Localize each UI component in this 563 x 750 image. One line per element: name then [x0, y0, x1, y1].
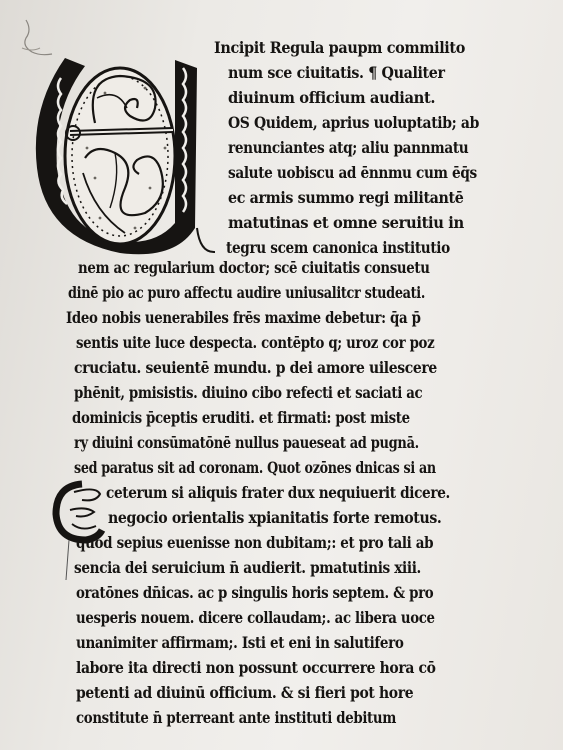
manuscript-line: cruciatu. seuientē mundu. p dei amore ui…: [74, 358, 437, 378]
manuscript-line: salute uobiscu ad ēnnmu cum ēq̄s: [228, 163, 477, 183]
manuscript-line: ry diuini consūmatōnē nullus paueseat ad…: [74, 433, 419, 453]
manuscript-line: sentis uite luce despecta. contēpto q; u…: [76, 333, 434, 353]
manuscript-line: uesperis nouem. dicere collaudam;. ac li…: [76, 608, 435, 628]
manuscript-line: phēnit, pmisistis. diuino cibo refecti e…: [74, 383, 422, 403]
manuscript-page: Incipit Regula paupm commilito num sce c…: [0, 0, 563, 750]
manuscript-line: diuinum officium audiant.: [228, 88, 435, 108]
manuscript-line: quod sepius euenisse non dubitam;: et pr…: [76, 533, 433, 553]
manuscript-line: sed paratus sit ad coronam. Quot ozōnes …: [74, 458, 436, 478]
manuscript-line: ec armis summo regi militantē: [228, 188, 463, 208]
manuscript-line: Ideo nobis uenerabiles frēs maxime debet…: [66, 308, 421, 328]
manuscript-line: unanimiter affirmam;. Isti et eni in sal…: [76, 633, 403, 653]
decorated-initial-v-icon: [25, 38, 215, 260]
manuscript-line: tegru scem canonica institutio: [226, 238, 450, 258]
manuscript-line: dinē pio ac puro affectu audire uniusali…: [68, 283, 425, 303]
manuscript-line: nem ac regularium doctor; scē ciuitatis …: [78, 258, 430, 278]
manuscript-line: labore ita directi non possunt occurrere…: [76, 658, 436, 678]
manuscript-line: OS Quidem, aprius uoluptatib; ab: [228, 113, 479, 133]
manuscript-line: dominicis p̄ceptis eruditi. et firmati: …: [72, 408, 410, 428]
manuscript-line: num sce ciuitatis. ¶ Qualiter: [228, 63, 445, 83]
manuscript-line: matutinas et omne seruitiu in: [228, 213, 464, 233]
manuscript-line: renunciantes atq; aliu pannmatu: [228, 138, 468, 158]
manuscript-line: Incipit Regula paupm commilito: [214, 38, 465, 58]
manuscript-line: sencia dei seruicium n̄ audierit. pmatut…: [74, 558, 421, 578]
manuscript-line: negocio orientalis xpianitatis forte rem…: [108, 508, 441, 528]
margin-mark-icon: [65, 540, 71, 580]
manuscript-line: ceterum si aliquis frater dux nequiuerit…: [106, 483, 450, 503]
manuscript-line: constitute n̄ pterreant ante instituti d…: [76, 708, 396, 728]
manuscript-line: oratōnes dn̄icas. ac p singulis horis se…: [76, 583, 433, 603]
manuscript-line: petenti ad diuinū officium. & si fieri p…: [76, 683, 413, 703]
